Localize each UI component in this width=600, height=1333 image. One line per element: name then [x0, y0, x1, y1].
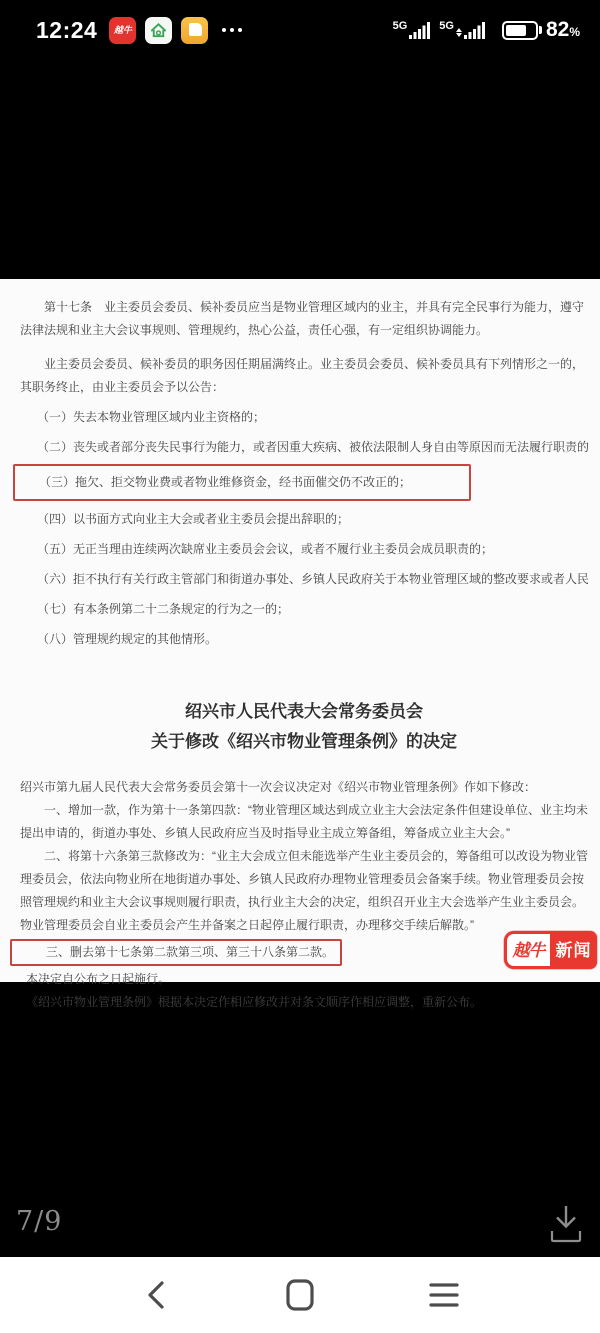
- home-button[interactable]: [278, 1273, 322, 1317]
- list-item-2: （二）丧失或者部分丧失民事行为能力，或者因重大疾病、被依法限制人身自由等原因而无…: [20, 436, 588, 459]
- republish-line: 《绍兴市物业管理条例》根据本决定作相应修改并对条文顺序作相应调整，重新公布。: [20, 991, 588, 1014]
- decision-intro: 绍兴市第九届人民代表大会常务委员会第十一次会议决定对《绍兴市物业管理条例》作如下…: [20, 776, 588, 799]
- logo-left-text: 越牛: [513, 939, 545, 962]
- decision-item-2: 二、将第十六条第三款修改为：“业主大会成立但未能选举产生业主委员会的，筹备组可以…: [20, 845, 588, 937]
- system-navigation-bar: [0, 1257, 600, 1333]
- data-arrows-icon: [456, 28, 462, 37]
- document-image[interactable]: 第十七条 业主委员会委员、候补委员应当是物业管理区域内的业主，并具有完全民事行为…: [0, 279, 600, 982]
- decision-item-3-highlighted: 三、删去第十七条第二款第三项、第三十八条第二款。: [22, 941, 340, 964]
- notes-app-icon: [181, 17, 208, 44]
- signal-sim1-icon: 5G: [393, 22, 432, 39]
- back-chevron-icon: [147, 1280, 165, 1310]
- list-item-5: （五）无正当理由连续两次缺席业主委员会会议，或者不履行业主委员会成员职责的；: [20, 538, 588, 561]
- battery-icon: [502, 21, 542, 40]
- page-indicator: 7/9: [16, 1206, 62, 1237]
- phone-screen: 12:24 越牛 5G 5G 82%: [0, 0, 600, 1333]
- list-item-3-highlighted: （三）拖欠、拒交物业费或者物业维修资金，经书面催交仍不改正的；: [22, 471, 469, 494]
- yueniu-news-watermark-logo: 越牛 新闻: [504, 931, 597, 969]
- home-square-icon: [286, 1279, 314, 1311]
- more-notifications-icon: [222, 28, 242, 32]
- list-item-7: （七）有本条例第二十二条规定的行为之一的；: [20, 598, 588, 621]
- logo-right-text: 新闻: [556, 939, 592, 962]
- list-item-8: （八）管理规约规定的其他情形。: [20, 628, 588, 651]
- decision-title: 绍兴市人民代表大会常务委员会 关于修改《绍兴市物业管理条例》的决定: [20, 697, 588, 757]
- download-button[interactable]: [545, 1200, 587, 1248]
- smart-home-app-icon: [145, 17, 172, 44]
- signal-sim2-icon: 5G: [439, 22, 486, 39]
- list-item-6: （六）拒不执行有关行政主管部门和街道办事处、乡镇人民政府关于本物业管理区域的整改…: [20, 568, 588, 591]
- clock: 12:24: [36, 17, 97, 44]
- article-17-paragraph: 第十七条 业主委员会委员、候补委员应当是物业管理区域内的业主，并具有完全民事行为…: [20, 296, 588, 342]
- status-bar: 12:24 越牛 5G 5G 82%: [0, 0, 600, 60]
- download-icon: [546, 1200, 586, 1246]
- termination-paragraph: 业主委员会委员、候补委员的职务因任期届满终止。业主委员会委员、候补委员具有下列情…: [20, 353, 588, 399]
- decision-body: 绍兴市第九届人民代表大会常务委员会第十一次会议决定对《绍兴市物业管理条例》作如下…: [20, 776, 588, 1014]
- effective-date-line: 本决定自公布之日起施行。: [20, 968, 588, 991]
- decision-item-1: 一、增加一款，作为第十一条第四款：“物业管理区域达到成立业主大会法定条件但建设单…: [20, 799, 588, 845]
- decision-title-line1: 绍兴市人民代表大会常务委员会: [20, 697, 588, 727]
- list-item-4: （四）以书面方式向业主大会或者业主委员会提出辞职的；: [20, 508, 588, 531]
- list-item-1: （一）失去本物业管理区域内业主资格的；: [20, 406, 588, 429]
- red-highlight-box-2: 三、删去第十七条第二款第三项、第三十八条第二款。: [10, 939, 342, 966]
- notification-app-icons: 越牛: [109, 17, 208, 44]
- red-highlight-box-1: （三）拖欠、拒交物业费或者物业维修资金，经书面催交仍不改正的；: [13, 464, 471, 501]
- closing-paragraphs: 本决定自公布之日起施行。 《绍兴市物业管理条例》根据本决定作相应修改并对条文顺序…: [20, 968, 588, 1014]
- decision-title-line2: 关于修改《绍兴市物业管理条例》的决定: [20, 727, 588, 757]
- recents-menu-button[interactable]: [422, 1273, 466, 1317]
- back-button[interactable]: [134, 1273, 178, 1317]
- yueniu-news-app-icon: 越牛: [109, 17, 136, 44]
- hamburger-menu-icon: [429, 1282, 459, 1308]
- status-indicators: 5G 5G 82%: [393, 18, 580, 42]
- battery-percent: 82%: [546, 18, 580, 42]
